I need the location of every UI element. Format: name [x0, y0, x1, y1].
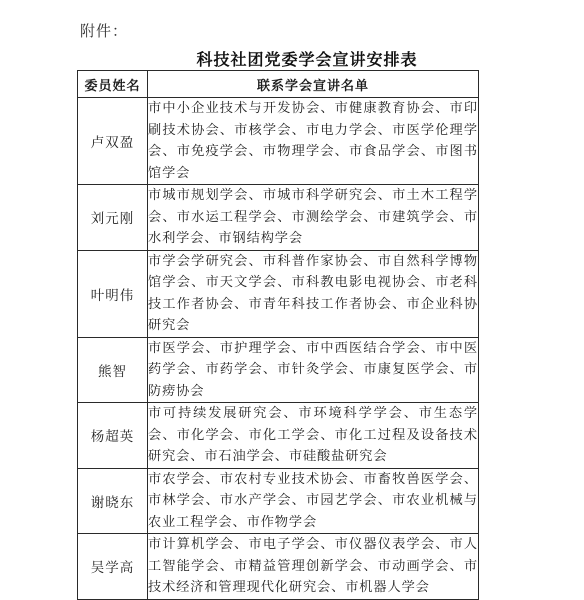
member-name: 卢双盈: [78, 98, 148, 185]
table-row: 卢双盈 市中小企业技术与开发协会、市健康教育协会、市印刷技术协会、市核学会、市电…: [78, 98, 479, 185]
document-title: 科技社团党委学会宣讲安排表: [0, 47, 584, 70]
society-list: 市城市规划学会、市城市科学研究会、市土木工程学会、市水运工程学会、市测绘学会、市…: [148, 185, 479, 251]
member-name: 谢晓东: [78, 468, 148, 534]
society-list: 市中小企业技术与开发协会、市健康教育协会、市印刷技术协会、市核学会、市电力学会、…: [148, 98, 479, 185]
society-list: 市可持续发展研究会、市环境科学学会、市生态学会、市化学会、市化工学会、市化工过程…: [148, 403, 479, 469]
table-row: 刘元刚 市城市规划学会、市城市科学研究会、市土木工程学会、市水运工程学会、市测绘…: [78, 185, 479, 251]
member-name: 吴学高: [78, 534, 148, 600]
header-member-name: 委员姓名: [78, 71, 148, 98]
member-name: 熊智: [78, 337, 148, 403]
member-name: 杨超英: [78, 403, 148, 469]
society-list: 市计算机学会、市电子学会、市仪器仪表学会、市人工智能学会、市精益管理创新学会、市…: [148, 534, 479, 600]
member-name: 刘元刚: [78, 185, 148, 251]
table-row: 杨超英 市可持续发展研究会、市环境科学学会、市生态学会、市化学会、市化工学会、市…: [78, 403, 479, 469]
table-row: 吴学高 市计算机学会、市电子学会、市仪器仪表学会、市人工智能学会、市精益管理创新…: [78, 534, 479, 600]
society-list: 市学会学研究会、市科普作家协会、市自然科学博物馆学会、市天文学会、市科教电影电视…: [148, 250, 479, 337]
header-society-list: 联系学会宣讲名单: [148, 71, 479, 98]
society-list: 市医学会、市护理学会、市中西医结合学会、市中医药学会、市药学会、市针灸学会、市康…: [148, 337, 479, 403]
table-row: 谢晓东 市农学会、市农村专业技术协会、市畜牧兽医学会、市林学会、市水产学会、市园…: [78, 468, 479, 534]
table-row: 叶明伟 市学会学研究会、市科普作家协会、市自然科学博物馆学会、市天文学会、市科教…: [78, 250, 479, 337]
attachment-label: 附件：: [80, 20, 128, 41]
table-row: 熊智 市医学会、市护理学会、市中西医结合学会、市中医药学会、市药学会、市针灸学会…: [78, 337, 479, 403]
table-header-row: 委员姓名 联系学会宣讲名单: [78, 71, 479, 98]
society-list: 市农学会、市农村专业技术协会、市畜牧兽医学会、市林学会、市水产学会、市园艺学会、…: [148, 468, 479, 534]
member-name: 叶明伟: [78, 250, 148, 337]
schedule-table: 委员姓名 联系学会宣讲名单 卢双盈 市中小企业技术与开发协会、市健康教育协会、市…: [77, 70, 479, 600]
